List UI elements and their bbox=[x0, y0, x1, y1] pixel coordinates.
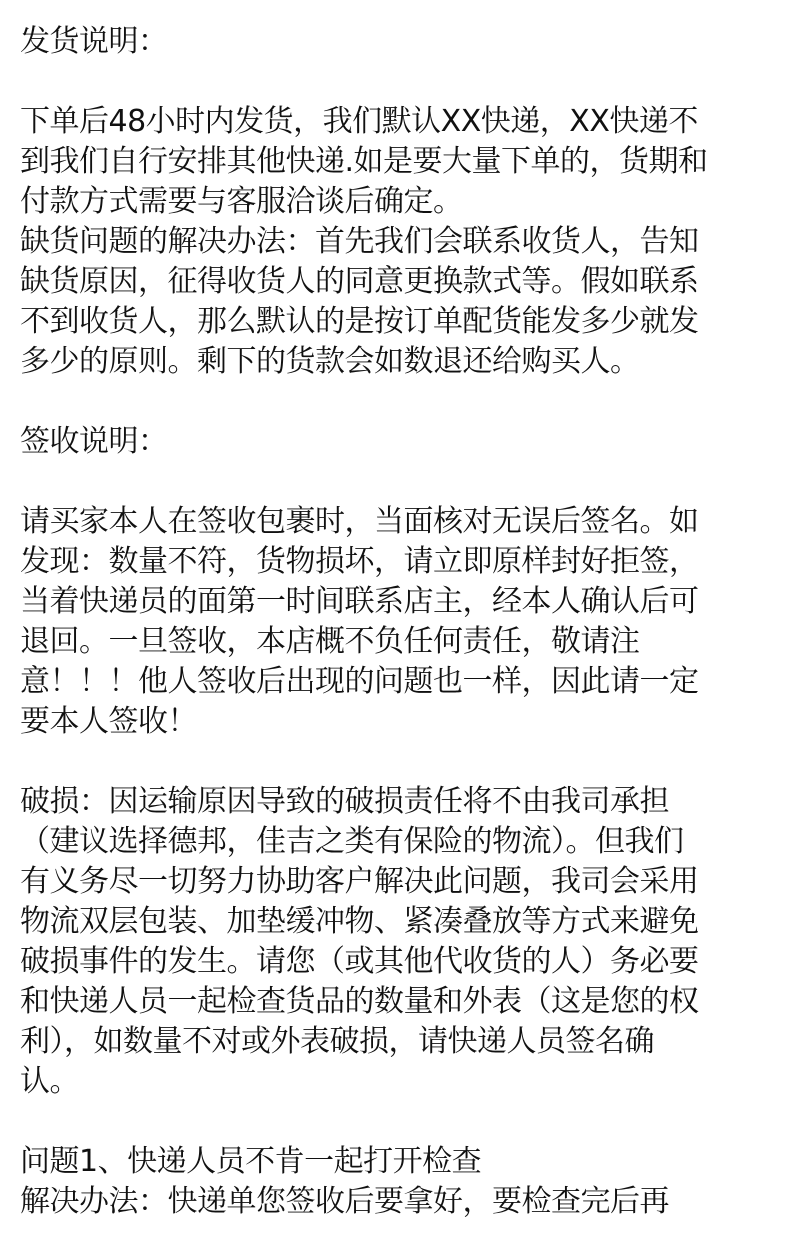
blank-line bbox=[20, 382, 780, 422]
text-line: 付款方式需要与客服洽谈后确定。 bbox=[20, 182, 780, 222]
damage-paragraph: 破损：因运输原因导致的破损责任将不由我司承担 （建议选择德邦，佳吉之类有保险的物… bbox=[20, 782, 780, 1102]
blank-line bbox=[20, 1102, 780, 1142]
signing-heading: 签收说明： bbox=[20, 422, 780, 462]
text-line: 下单后48小时内发货，我们默认XX快递，XX快递不 bbox=[20, 102, 780, 142]
text-line: 多少的原则。剩下的货款会如数退还给购买人。 bbox=[20, 342, 780, 382]
text-line: 到我们自行安排其他快递.如是要大量下单的，货期和 bbox=[20, 142, 780, 182]
signing-paragraph: 请买家本人在签收包裹时，当面核对无误后签名。如 发现：数量不符，货物损坏，请立即… bbox=[20, 502, 780, 742]
blank-line bbox=[20, 62, 780, 102]
text-line: 不到收货人，那么默认的是按订单配货能发多少就发 bbox=[20, 302, 780, 342]
text-line: 认。 bbox=[20, 1062, 780, 1102]
faq-question-1: 问题1、快递人员不肯一起打开检查 bbox=[20, 1142, 780, 1182]
shipping-paragraph-2: 缺货问题的解决办法：首先我们会联系收货人，告知 缺货原因，征得收货人的同意更换款… bbox=[20, 222, 780, 382]
text-line: 退回。一旦签收，本店概不负任何责任，敬请注 bbox=[20, 622, 780, 662]
policy-document: 发货说明： 下单后48小时内发货，我们默认XX快递，XX快递不 到我们自行安排其… bbox=[20, 22, 780, 1222]
text-line: 利），如数量不对或外表破损，请快递人员签名确 bbox=[20, 1022, 780, 1062]
text-line: 缺货问题的解决办法：首先我们会联系收货人，告知 bbox=[20, 222, 780, 262]
text-line: 缺货原因，征得收货人的同意更换款式等。假如联系 bbox=[20, 262, 780, 302]
text-line: 有义务尽一切努力协助客户解决此问题，我司会采用 bbox=[20, 862, 780, 902]
shipping-paragraph-1: 下单后48小时内发货，我们默认XX快递，XX快递不 到我们自行安排其他快递.如是… bbox=[20, 102, 780, 222]
blank-line bbox=[20, 462, 780, 502]
text-line: 当着快递员的面第一时间联系店主，经本人确认后可 bbox=[20, 582, 780, 622]
text-line: 发现：数量不符，货物损坏，请立即原样封好拒签， bbox=[20, 542, 780, 582]
text-line: 和快递人员一起检查货品的数量和外表（这是您的权 bbox=[20, 982, 780, 1022]
text-line: 请买家本人在签收包裹时，当面核对无误后签名。如 bbox=[20, 502, 780, 542]
text-line: 要本人签收！ bbox=[20, 702, 780, 742]
faq-answer-1: 解决办法：快递单您签收后要拿好，要检查完后再 bbox=[20, 1182, 780, 1222]
shipping-heading: 发货说明： bbox=[20, 22, 780, 62]
text-line: 物流双层包装、加垫缓冲物、紧凑叠放等方式来避免 bbox=[20, 902, 780, 942]
text-line: 破损：因运输原因导致的破损责任将不由我司承担 bbox=[20, 782, 780, 822]
text-line: （建议选择德邦，佳吉之类有保险的物流）。但我们 bbox=[20, 822, 780, 862]
faq-section: 问题1、快递人员不肯一起打开检查 解决办法：快递单您签收后要拿好，要检查完后再 bbox=[20, 1142, 780, 1222]
blank-line bbox=[20, 742, 780, 782]
text-line: 破损事件的发生。请您（或其他代收货的人）务必要 bbox=[20, 942, 780, 982]
text-line: 意！！！他人签收后出现的问题也一样，因此请一定 bbox=[20, 662, 780, 702]
